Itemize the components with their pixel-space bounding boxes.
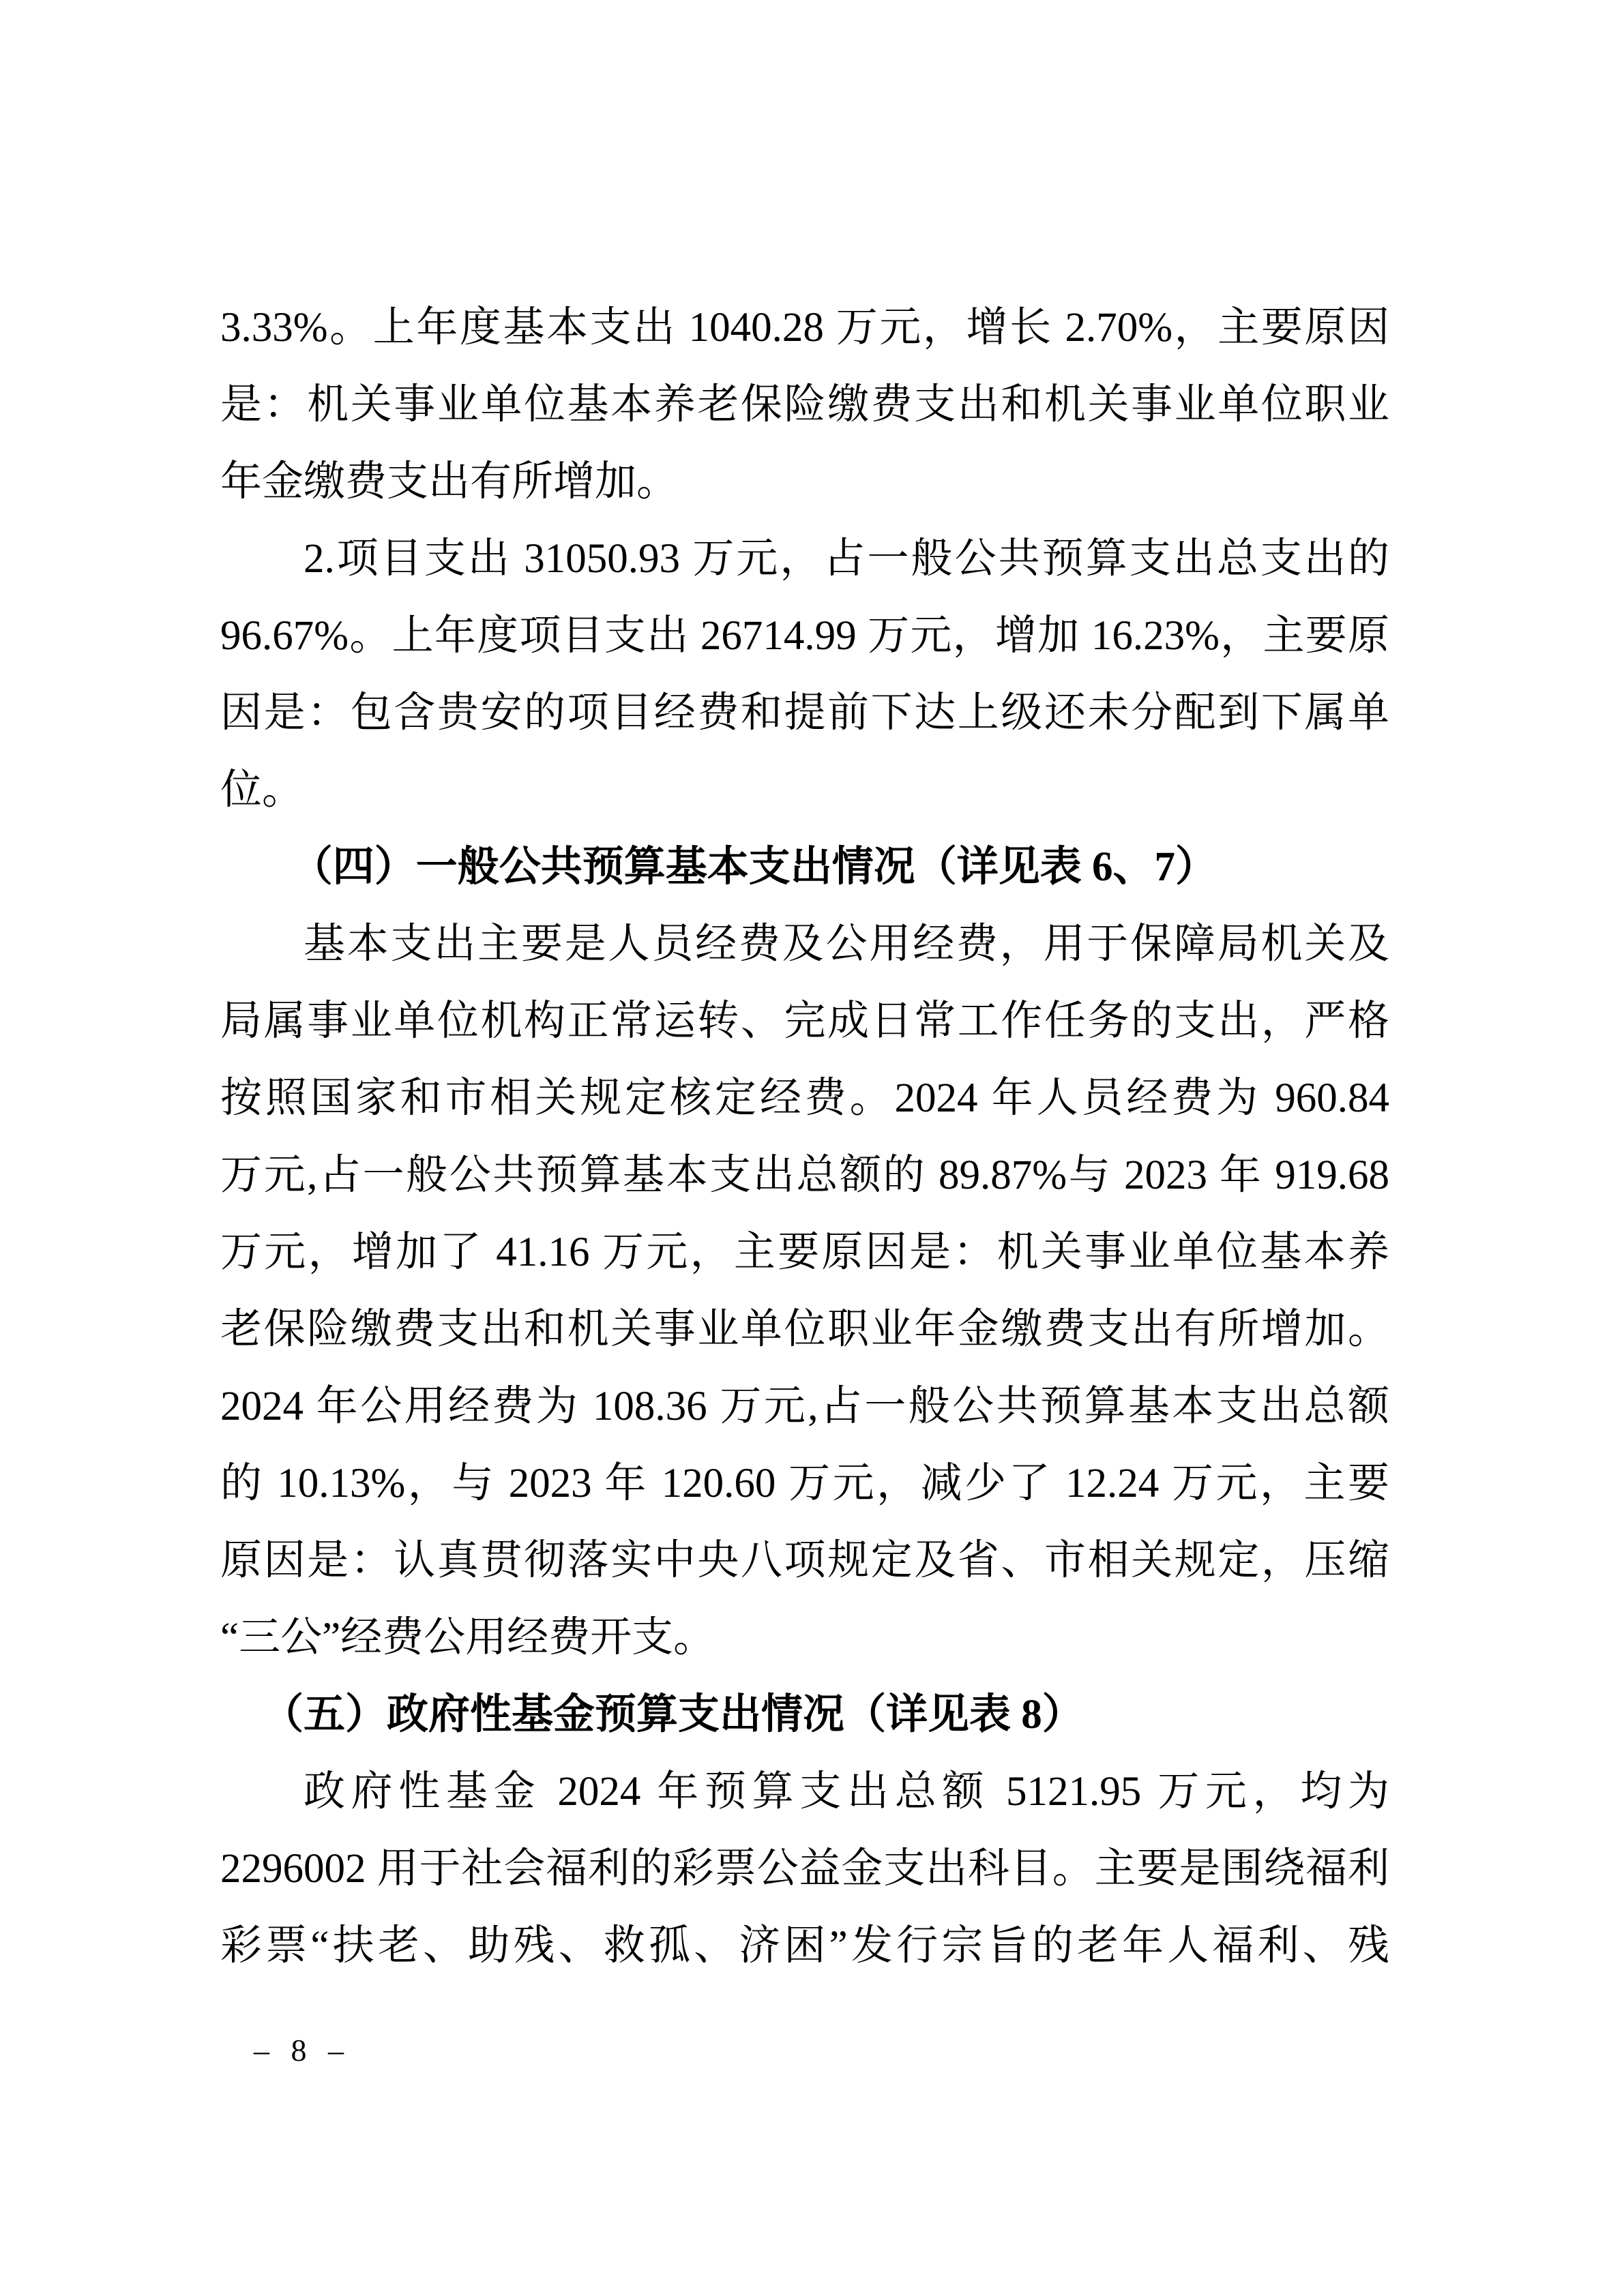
text-line: （五）政府性基金预算支出情况（详见表 8）: [220, 1676, 1389, 1753]
text-line: （四）一般公共预算基本支出情况（详见表 6、7）: [220, 829, 1389, 906]
text-line: 彩票“扶老、助残、救孤、济困”发行宗旨的老年人福利、残: [220, 1907, 1389, 1984]
text-line: 2296002 用于社会福利的彩票公益金支出科目。主要是围绕福利: [220, 1830, 1389, 1907]
text-line: 局属事业单位机构正常运转、完成日常工作任务的支出，严格: [220, 983, 1389, 1060]
text-line: 96.67%。上年度项目支出 26714.99 万元，增加 16.23%，主要原: [220, 597, 1389, 674]
text-line: 老保险缴费支出和机关事业单位职业年金缴费支出有所增加。: [220, 1291, 1389, 1368]
text-line: 政府性基金 2024 年预算支出总额 5121.95 万元，均为: [220, 1753, 1389, 1830]
text-line: 年金缴费支出有所增加。: [220, 443, 1389, 520]
text-line: 原因是：认真贯彻落实中央八项规定及省、市相关规定，压缩: [220, 1522, 1389, 1599]
text-line: 的 10.13%，与 2023 年 120.60 万元，减少了 12.24 万元…: [220, 1445, 1389, 1522]
document-page: 3.33%。上年度基本支出 1040.28 万元，增长 2.70%，主要原因是：…: [0, 0, 1624, 2296]
text-line: 是：机关事业单位基本养老保险缴费支出和机关事业单位职业: [220, 366, 1389, 443]
page-number: – 8 –: [254, 2020, 351, 2081]
text-line: 2024 年公用经费为 108.36 万元,占一般公共预算基本支出总额: [220, 1368, 1389, 1445]
text-line: 基本支出主要是人员经费及公用经费，用于保障局机关及: [220, 906, 1389, 983]
text-line: 位。: [220, 751, 1389, 829]
text-line: 2.项目支出 31050.93 万元，占一般公共预算支出总支出的: [220, 520, 1389, 597]
text-line: 按照国家和市相关规定核定经费。2024 年人员经费为 960.84: [220, 1060, 1389, 1137]
text-line: “三公”经费公用经费开支。: [220, 1599, 1389, 1676]
text-line: 3.33%。上年度基本支出 1040.28 万元，增长 2.70%，主要原因: [220, 289, 1389, 366]
text-line: 因是：包含贵安的项目经费和提前下达上级还未分配到下属单: [220, 674, 1389, 751]
text-block: 3.33%。上年度基本支出 1040.28 万元，增长 2.70%，主要原因是：…: [220, 289, 1389, 1984]
text-line: 万元,占一般公共预算基本支出总额的 89.87%与 2023 年 919.68: [220, 1137, 1389, 1214]
text-line: 万元，增加了 41.16 万元，主要原因是：机关事业单位基本养: [220, 1214, 1389, 1291]
